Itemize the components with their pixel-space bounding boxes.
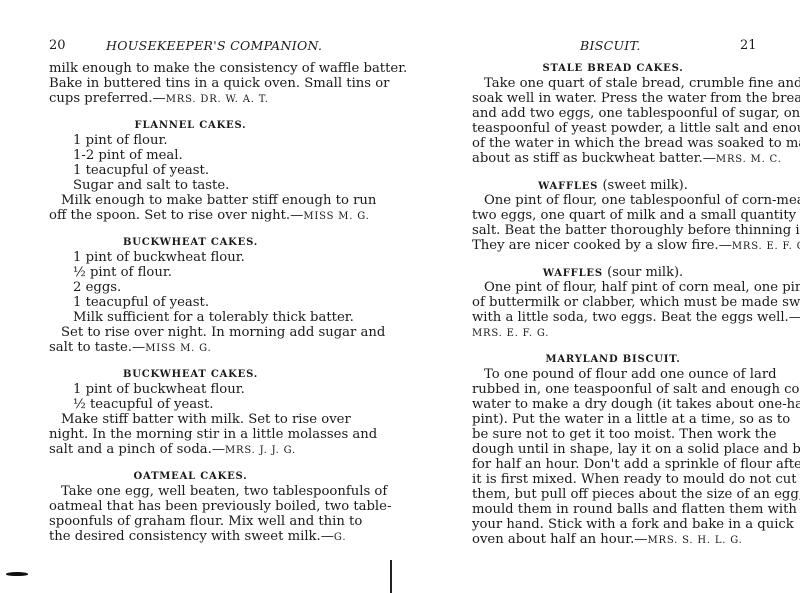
text-line: They are nicer cooked by a slow fire.—: [472, 238, 732, 253]
text-line: Take one quart of stale bread, crumble f…: [472, 76, 754, 91]
text-line: of buttermilk or clabber, which must be …: [472, 295, 754, 310]
recipe-signature: MRS. M. C.: [716, 154, 782, 165]
page-gutter: [390, 560, 392, 593]
recipe-signature: MRS. J. J. G.: [225, 445, 296, 456]
ingredient: Milk sufficient for a tolerably thick ba…: [49, 310, 332, 325]
ingredient: Sugar and salt to taste.: [49, 178, 332, 193]
recipe-signature: MISS M. G.: [303, 211, 369, 222]
recipe-title: BUCKWHEAT CAKES.: [49, 367, 332, 382]
text-line: the desired consistency with sweet milk.…: [49, 529, 334, 544]
ingredient: 1 teacupful of yeast.: [49, 295, 332, 310]
ink-blot: [6, 572, 28, 576]
recipe-title: STALE BREAD CAKES.: [472, 61, 754, 76]
text-line: Bake in buttered tins in a quick oven. S…: [49, 76, 332, 91]
ingredient: 1-2 pint of meal.: [49, 148, 332, 163]
text-line: pint). Put the water in a little at a ti…: [472, 412, 754, 427]
recipe-title: FLANNEL CAKES.: [49, 118, 332, 133]
text-line: rubbed in, one teaspoonful of salt and e…: [472, 382, 754, 397]
ingredient: 1 pint of flour.: [49, 133, 332, 148]
recipe-title: BUCKWHEAT CAKES.: [49, 235, 332, 250]
text-line: Take one egg, well beaten, two tablespoo…: [49, 484, 332, 499]
recipe-title: WAFFLES (sour milk).: [472, 265, 754, 280]
text-line: your hand. Stick with a fork and bake in…: [472, 517, 754, 532]
text-line: about as stiff as buckwheat batter.—: [472, 151, 716, 166]
text-line: Set to rise over night. In morning add s…: [49, 325, 332, 340]
recipe-signature: MISS M. G.: [145, 343, 211, 354]
running-head-left: HOUSEKEEPER'S COMPANION.: [106, 38, 322, 53]
text-line: Milk enough to make batter stiff enough …: [49, 193, 332, 208]
page-number-left: 20: [49, 38, 66, 53]
text-line: of the water in which the bread was soak…: [472, 136, 754, 151]
ingredient: 1 pint of buckwheat flour.: [49, 250, 332, 265]
recipe-signature: MRS. E. F. G.: [472, 328, 549, 339]
text-line: salt and a pinch of soda.—: [49, 442, 225, 457]
text-line: it is first mixed. When ready to mould d…: [472, 472, 754, 487]
right-page: BISCUIT. 21 STALE BREAD CAKES. Take one …: [400, 0, 800, 593]
text-line: soak well in water. Press the water from…: [472, 91, 754, 106]
ingredient: 2 eggs.: [49, 280, 332, 295]
ingredient: 1 teacupful of yeast.: [49, 163, 332, 178]
text-line: two eggs, one quart of milk and a small …: [472, 208, 754, 223]
recipe-signature: MRS. S. H. L. G.: [647, 535, 742, 546]
running-head-right: BISCUIT.: [580, 38, 641, 53]
text-line: night. In the morning stir in a little m…: [49, 427, 332, 442]
text-line: mould them in round balls and flatten th…: [472, 502, 754, 517]
text-line: teaspoonful of yeast powder, a little sa…: [472, 121, 754, 136]
recipe-signature: MRS. DR. W. A. T.: [166, 94, 269, 105]
text-line: milk enough to make the consistency of w…: [49, 61, 332, 76]
recipe-signature: G.: [334, 532, 346, 543]
text-line: oatmeal that has been previously boiled,…: [49, 499, 332, 514]
ingredient: 1 pint of buckwheat flour.: [49, 382, 332, 397]
text-line: salt to taste.—: [49, 340, 145, 355]
text-line: them, but pull off pieces about the size…: [472, 487, 754, 502]
text-line: off the spoon. Set to rise over night.—: [49, 208, 303, 223]
text-line: spoonfuls of graham flour. Mix well and …: [49, 514, 332, 529]
text-line: for half an hour. Don't add a sprinkle o…: [472, 457, 754, 472]
text-line: One pint of flour, one tablespoonful of …: [472, 193, 754, 208]
text-line: To one pound of flour add one ounce of l…: [472, 367, 754, 382]
recipe-title: OATMEAL CAKES.: [49, 469, 332, 484]
text-line: oven about half an hour.—: [472, 532, 647, 547]
recipe-signature: MRS. E. F. G.: [732, 241, 800, 252]
text-line: cups preferred.—: [49, 91, 166, 106]
left-page-body: milk enough to make the consistency of w…: [49, 61, 332, 544]
text-line: Make stiff batter with milk. Set to rise…: [49, 412, 332, 427]
recipe-title: WAFFLES (sweet milk).: [472, 178, 754, 193]
text-line: with a little soda, two eggs. Beat the e…: [472, 310, 754, 325]
recipe-title: MARYLAND BISCUIT.: [472, 352, 754, 367]
ingredient: ½ pint of flour.: [49, 265, 332, 280]
page-number-right: 21: [740, 38, 757, 53]
text-line: One pint of flour, half pint of corn mea…: [472, 280, 754, 295]
right-page-body: STALE BREAD CAKES. Take one quart of sta…: [472, 61, 754, 547]
text-line: water to make a dry dough (it takes abou…: [472, 397, 754, 412]
text-line: salt. Beat the batter thoroughly before …: [472, 223, 754, 238]
text-line: be sure not to get it too moist. Then wo…: [472, 427, 754, 442]
ingredient: ½ teacupful of yeast.: [49, 397, 332, 412]
text-line: and add two eggs, one tablespoonful of s…: [472, 106, 754, 121]
left-page: 20 HOUSEKEEPER'S COMPANION. milk enough …: [0, 0, 400, 593]
text-line: dough until in shape, lay it on a solid …: [472, 442, 754, 457]
